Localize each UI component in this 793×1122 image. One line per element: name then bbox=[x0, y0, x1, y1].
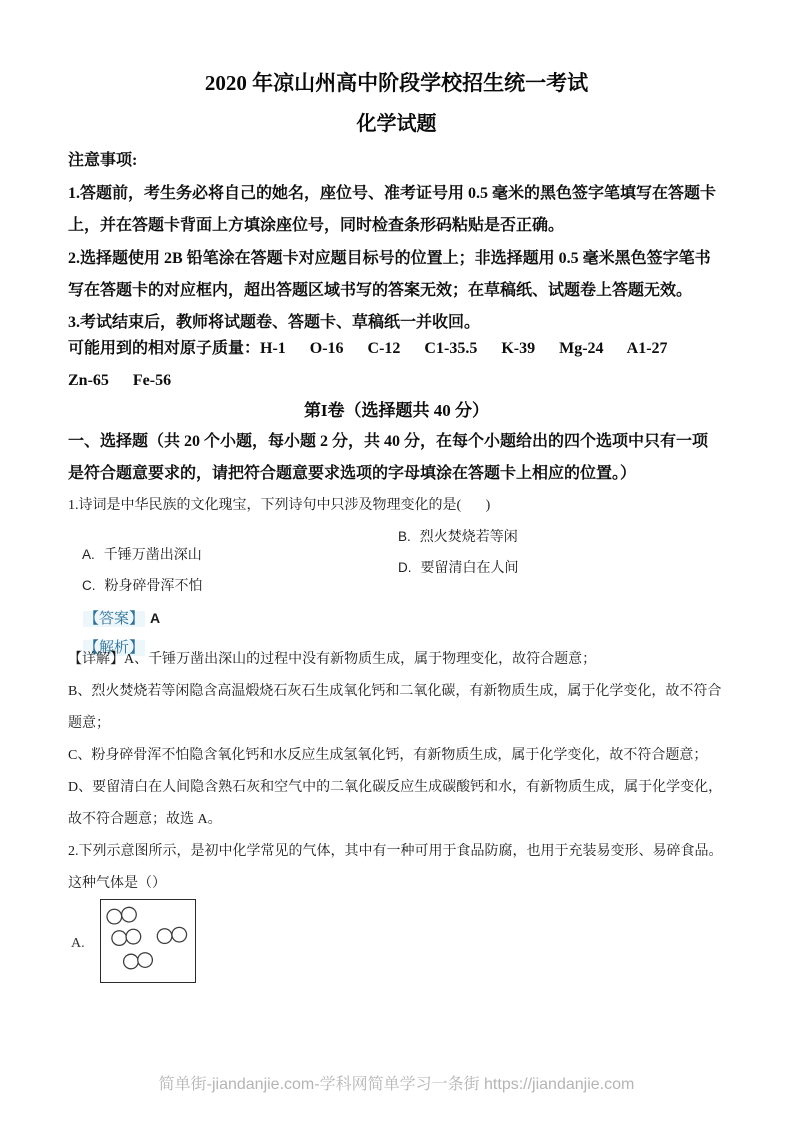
part1-intro-line-2: 是符合题意要求的，请把符合题意要求选项的字母填涂在答题卡上相应的位置。） bbox=[68, 464, 636, 485]
question1-option-b: B.烈火焚烧若等闲 bbox=[398, 528, 518, 547]
question1-detail-line-2: B、烈火焚烧若等闲隐含高温煅烧石灰石生成氧化钙和二氧化碳，有新物质生成，属于化学… bbox=[68, 683, 721, 701]
question1-option-b-label: B. bbox=[398, 529, 411, 544]
question1-option-d: D.要留清白在人间 bbox=[398, 559, 519, 578]
question1-option-b-text: 烈火焚烧若等闲 bbox=[420, 530, 518, 545]
notice-line-3: 2.选择题使用 2B 铅笔涂在答题卡对应题目标号的位置上；非选择题用 0.5 毫… bbox=[68, 249, 711, 270]
question2-option-a-label: A. bbox=[71, 936, 85, 952]
question1-detail-line-6: 故不符合题意；故选 A。 bbox=[68, 811, 222, 829]
question2-stem-line-1: 2.下列示意图所示，是初中化学常见的气体，其中有一种可用于食品防腐，也用于充装易… bbox=[68, 843, 723, 861]
atomic-masses-line-1: 可能用到的相对原子质量：H-1 O-16 C-12 C1-35.5 K-39 M… bbox=[68, 339, 668, 360]
molecule-diagram-svg bbox=[101, 900, 195, 982]
exam-document-page: 2020 年凉山州高中阶段学校招生统一考试 化学试题 注意事项: 1.答题前，考… bbox=[0, 0, 793, 1122]
question1-option-d-text: 要留清白在人间 bbox=[421, 561, 519, 576]
notice-line-5: 3.考试结束后，教师将试题卷、答题卡、草稿纸一并收回。 bbox=[68, 313, 480, 334]
question2-molecule-diagram bbox=[100, 899, 196, 983]
watermark-footer: 简单街-jiandanjie.com-学科网简单学习一条街 https://ji… bbox=[0, 1071, 793, 1094]
part1-title: 第I卷（选择题共 40 分） bbox=[0, 400, 793, 422]
question1-detail-line-3: 题意； bbox=[68, 715, 110, 733]
exam-subtitle: 化学试题 bbox=[0, 111, 793, 137]
notice-line-2: 上，并在答题卡背面上方填涂座位号，同时检查条形码粘贴是否正确。 bbox=[68, 216, 564, 237]
question1-stem: 1.诗词是中华民族的文化瑰宝，下列诗句中只涉及物理变化的是( ) bbox=[68, 497, 490, 515]
question1-detail-line-1: 【详解】A、千锤万凿出深山的过程中没有新物质生成，属于物理变化，故符合题意； bbox=[68, 651, 596, 669]
part1-intro-line-1: 一、选择题（共 20 个小题，每小题 2 分，共 40 分，在每个小题给出的四个… bbox=[68, 432, 708, 453]
question2-stem-line-2: 这种气体是（） bbox=[68, 875, 166, 893]
question1-option-d-label: D. bbox=[398, 560, 412, 575]
notice-heading: 注意事项: bbox=[68, 151, 137, 172]
notice-line-1: 1.答题前，考生务必将自己的她名，座位号、准考证号用 0.5 毫米的黑色签字笔填… bbox=[68, 184, 716, 205]
question1-detail-line-4: C、粉身碎骨浑不怕隐含氧化钙和水反应生成氢氧化钙，有新物质生成，属于化学变化，故… bbox=[68, 747, 707, 765]
question1-detail-line-5: D、要留清白在人间隐含熟石灰和空气中的二氧化碳反应生成碳酸钙和水，有新物质生成，… bbox=[68, 779, 722, 797]
answer-value: A bbox=[150, 610, 160, 626]
atomic-masses-line-2: Zn-65 Fe-56 bbox=[68, 371, 171, 392]
exam-title: 2020 年凉山州高中阶段学校招生统一考试 bbox=[0, 70, 793, 97]
notice-line-4: 写在答题卡的对应框内，超出答题区域书写的答案无效；在草稿纸、试题卷上答题无效。 bbox=[68, 281, 692, 302]
